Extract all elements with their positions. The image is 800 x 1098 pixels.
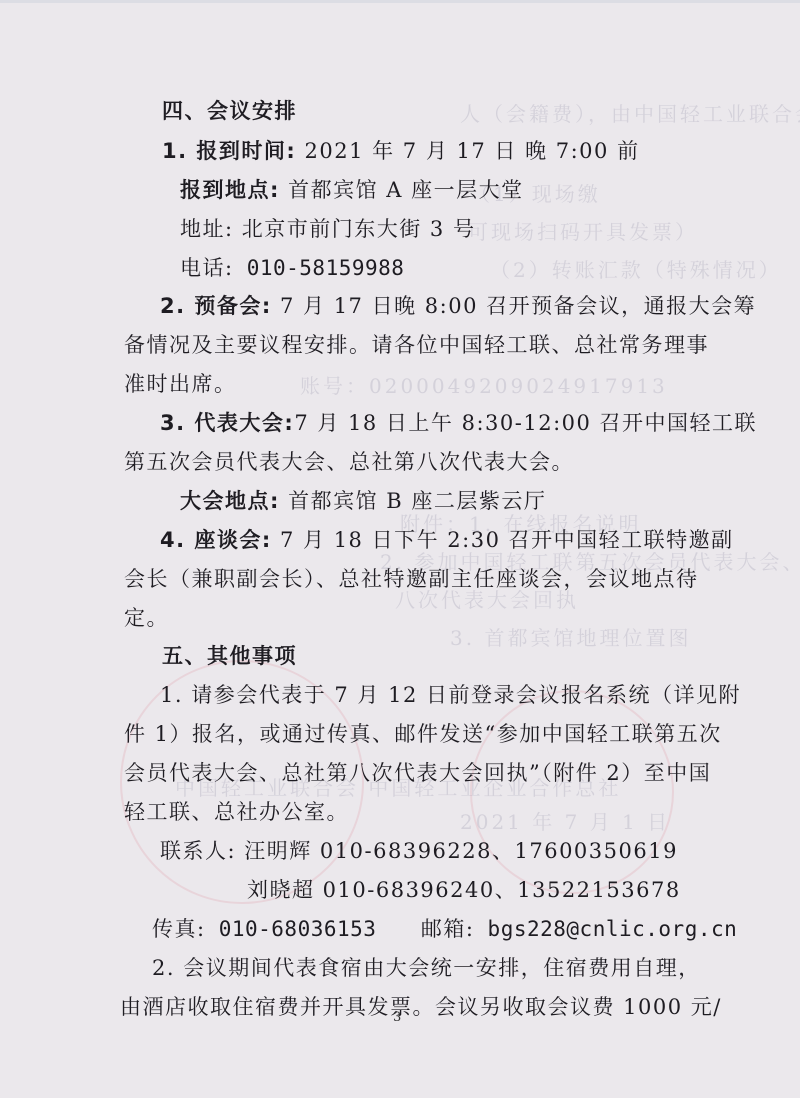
preparatory-meeting-line-1: 2. 预备会: 7 月 17 日晚 8:00 召开预备会议，通报大会筹 <box>160 292 756 320</box>
bleed-through-text: 可现场扫码开具发票） <box>468 216 698 245</box>
fax-value: 010-68036153 <box>206 917 377 941</box>
bleed-through-text: 账号：0200049209024917913 <box>300 370 668 399</box>
symposium-line-1: 4. 座谈会: 7 月 18 日下午 2:30 召开中国轻工联特邀副 <box>160 526 734 554</box>
registration-time-value: 2021 年 7 月 17 日 晚 7:00 前 <box>296 139 639 163</box>
phone-label: 电话: <box>180 256 234 280</box>
preparatory-meeting-label: 2. 预备会: <box>160 294 272 318</box>
fax-email: 传真: 010-68036153 邮箱: bgs228@cnlic.org.cn <box>152 915 737 943</box>
congress-line-1: 3. 代表大会:7 月 18 日上午 8:30-12:00 召开中国轻工联 <box>160 409 757 437</box>
symposium-line-3: 定。 <box>124 604 169 632</box>
contact-person-2: 刘晓超 010-68396240、13522153678 <box>247 876 681 904</box>
fax-label: 传真: <box>152 917 206 941</box>
symposium-line-2: 会长（兼职副会长）、总社特邀副主任座谈会，会议地点待 <box>124 565 699 593</box>
registration-place-label: 报到地点: <box>180 178 280 202</box>
preparatory-meeting-text: 7 月 17 日晚 8:00 召开预备会议，通报大会筹 <box>272 294 756 318</box>
document-page: 人（会籍费），由中国轻工业联合会开具 （1）现场缴 可现场扫码开具发票） （2）… <box>0 0 800 1098</box>
registration-time: 1. 报到时间: 2021 年 7 月 17 日 晚 7:00 前 <box>162 137 640 165</box>
registration-notice-line-2: 件 1）报名，或通过传真、邮件发送“参加中国轻工联第五次 <box>124 720 722 748</box>
accommodation-line-2: 由酒店收取住宿费并开具发票。会议另收取会议费 1000 元/ <box>120 993 722 1021</box>
bleed-through-text: 人（会籍费），由中国轻工业联合会开具 <box>460 98 800 127</box>
registration-notice-line-3: 会员代表大会、总社第八次代表大会回执”（附件 2）至中国 <box>124 759 711 787</box>
symposium-label: 4. 座谈会: <box>160 528 272 552</box>
contacts-label: 联系人: <box>160 839 236 863</box>
preparatory-meeting-line-3: 准时出席。 <box>124 370 237 398</box>
address: 地址: 北京市前门东大街 3 号 <box>180 215 475 243</box>
contact-person-1: 联系人: 汪明辉 010-68396228、17600350619 <box>160 837 678 865</box>
page-top-edge <box>0 0 800 3</box>
phone: 电话: 010-58159988 <box>180 254 404 282</box>
section-5-heading: 五、其他事项 <box>162 642 297 670</box>
registration-notice-line-4: 轻工联、总社办公室。 <box>124 798 349 826</box>
congress-venue-value: 首都宾馆 B 座二层紫云厅 <box>280 489 546 513</box>
congress-line-2: 第五次会员代表大会、总社第八次代表大会。 <box>124 448 574 476</box>
preparatory-meeting-line-2: 备情况及主要议程安排。请各位中国轻工联、总社常务理事 <box>124 331 709 359</box>
section-4-heading: 四、会议安排 <box>162 97 297 125</box>
address-value: 北京市前门东大街 3 号 <box>234 217 476 241</box>
page-number: 3 <box>393 1010 401 1025</box>
contact-1-details: 汪明辉 010-68396228、17600350619 <box>236 839 678 863</box>
registration-place-value: 首都宾馆 A 座一层大堂 <box>280 178 524 202</box>
registration-notice-line-1: 1. 请参会代表于 7 月 12 日前登录会议报名系统（详见附 <box>160 681 741 709</box>
address-label: 地址: <box>180 217 234 241</box>
congress-venue-label: 大会地点: <box>180 489 280 513</box>
symposium-text: 7 月 18 日下午 2:30 召开中国轻工联特邀副 <box>272 528 734 552</box>
accommodation-line-1: 2. 会议期间代表食宿由大会统一安排，住宿费用自理， <box>152 954 701 982</box>
congress-label: 3. 代表大会: <box>160 411 294 435</box>
registration-place: 报到地点: 首都宾馆 A 座一层大堂 <box>180 176 524 204</box>
bleed-through-text: （2）转账汇款（特殊情况） <box>490 254 782 283</box>
phone-value: 010-58159988 <box>234 256 405 280</box>
bleed-through-text: 2021 年 7 月 1 日 <box>460 806 670 835</box>
email-value: bgs228@cnlic.org.cn <box>474 917 737 941</box>
bleed-through-text: 3. 首都宾馆地理位置图 <box>450 622 691 651</box>
congress-venue: 大会地点: 首都宾馆 B 座二层紫云厅 <box>180 487 546 515</box>
email-label: 邮箱: <box>421 917 475 941</box>
registration-time-label: 1. 报到时间: <box>162 139 296 163</box>
congress-text: 7 月 18 日上午 8:30-12:00 召开中国轻工联 <box>294 411 757 435</box>
